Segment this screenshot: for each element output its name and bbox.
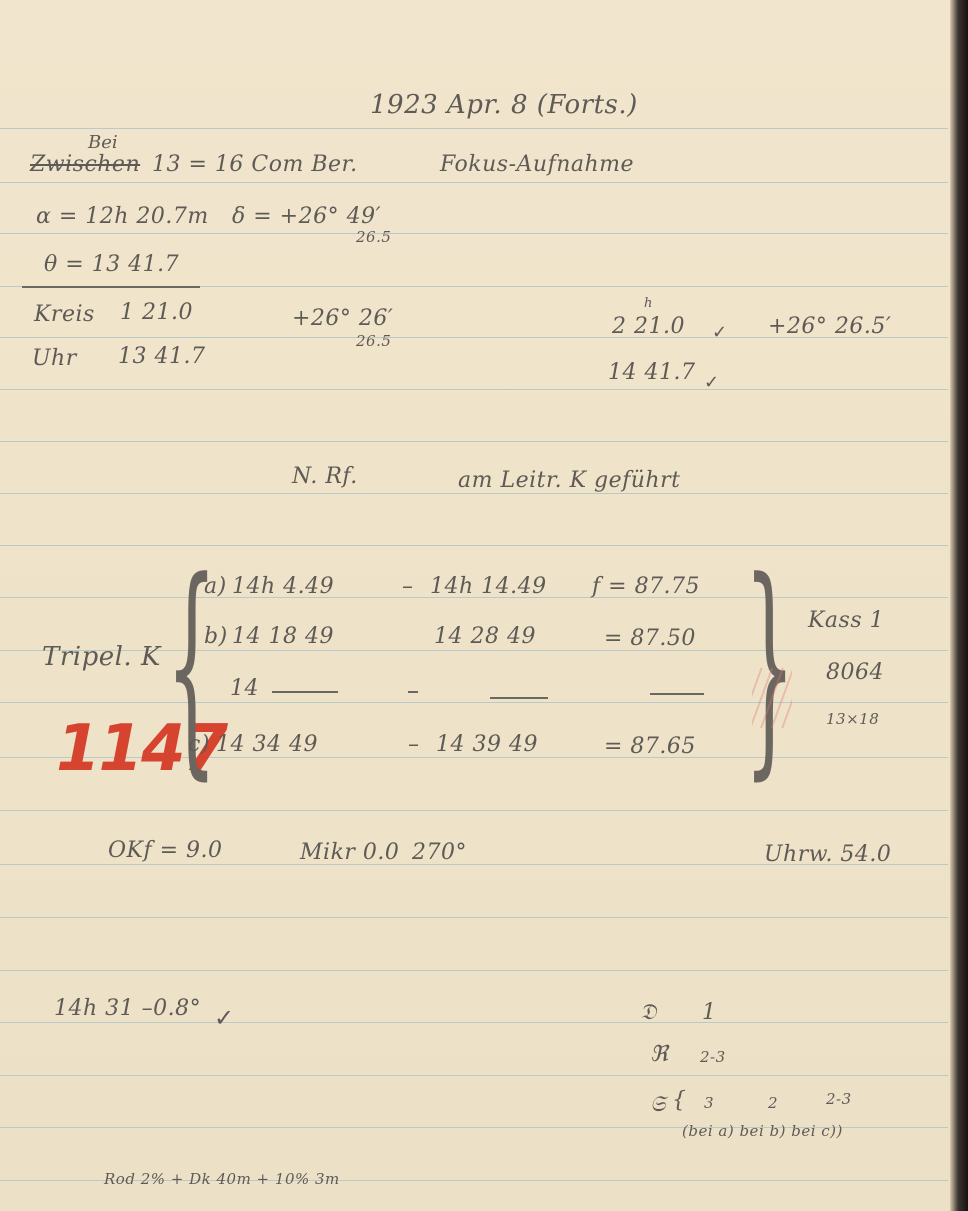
right-brace: }: [744, 552, 795, 782]
ruled-line: [0, 1075, 948, 1076]
ruled-line: [0, 389, 948, 390]
computed-hour-angle: 2 21.0: [612, 314, 685, 339]
exposure-c-id: c): [188, 732, 210, 757]
okular-focus: OKf = 9.0: [108, 838, 223, 863]
ruled-line: [0, 545, 948, 546]
alpha-value: α = 12h 20.7m: [36, 204, 209, 229]
delta-value: δ = +26° 49′: [232, 204, 381, 229]
cassette-label: Kass 1: [808, 608, 884, 633]
quality-symbol-s: 𝔖: [650, 1092, 666, 1117]
tripel-camera-label: Tripel. K: [42, 642, 161, 672]
clockwork-reading: Uhrw. 54.0: [764, 842, 891, 867]
ruled-line: [0, 970, 948, 971]
kreis-label: Kreis: [34, 302, 95, 327]
cassette-number: 8064: [826, 660, 884, 685]
exposure-b-focus: = 87.50: [604, 626, 696, 651]
quality-value: 2-3: [826, 1090, 852, 1108]
object-name: 13 = 16 Com Ber.: [152, 152, 358, 177]
ruled-line: [0, 493, 948, 494]
uhr-value: 13 41.7: [118, 344, 205, 369]
quality-symbol-r: ℜ: [650, 1042, 668, 1067]
position-angle: 270°: [412, 840, 467, 865]
exposure-c-focus: = 87.65: [604, 734, 696, 759]
exposure-c-start: 14 34 49: [216, 732, 318, 757]
kreis-declination: +26° 26′: [292, 306, 393, 331]
ruled-line: [0, 917, 948, 918]
development-note: Rod 2% + Dk 40m + 10% 3m: [104, 1170, 340, 1188]
observation-type: Fokus-Aufnahme: [440, 152, 634, 177]
divider-line: [22, 286, 200, 288]
notebook-page: 1923 Apr. 8 (Forts.) Bei Zwischen 13 = 1…: [0, 0, 950, 1211]
exposure-b-end: 14 28 49: [434, 624, 536, 649]
blank-dash: [650, 693, 704, 695]
ruled-line: [0, 1022, 948, 1023]
ruled-line: [0, 182, 948, 183]
ruled-line: [0, 233, 948, 234]
mikrometer: Mikr 0.0: [300, 840, 399, 865]
ruled-line: [0, 702, 948, 703]
ruled-line: [0, 810, 948, 811]
exposure-blank-start: 14: [230, 676, 259, 701]
quality-symbol-d: 𝔇: [640, 1000, 657, 1025]
exposure-c-end: 14 39 49: [436, 732, 538, 757]
delta-correction: 26.5: [356, 228, 391, 246]
page-title: 1923 Apr. 8 (Forts.): [370, 90, 638, 120]
computed-declination: +26° 26.5′: [768, 314, 891, 339]
blank-dash: [408, 691, 418, 693]
exposure-a-start: 14h 4.49: [232, 574, 334, 599]
guiding-label: N. Rf.: [292, 464, 358, 489]
check-mark-icon: ✓: [712, 322, 727, 343]
inserted-word: Bei: [88, 132, 118, 153]
quality-value: 2-3: [700, 1048, 726, 1066]
exposure-a-sep: –: [402, 574, 414, 599]
check-mark-icon: ✓: [704, 372, 719, 393]
uhr-label: Uhr: [32, 346, 77, 371]
hour-superscript: h: [644, 296, 652, 311]
time-correction: 14h 31 –0.8°: [54, 996, 201, 1021]
ruled-line: [0, 128, 948, 129]
red-pencil-marks: [752, 668, 792, 728]
kreis-dec-correction: 26.5: [356, 332, 391, 350]
quality-value: 1: [702, 1000, 717, 1025]
ruled-line: [0, 441, 948, 442]
guiding-note: am Leitr. K geführt: [458, 468, 680, 493]
quality-bracket-text: (bei a) bei b) bei c)): [682, 1122, 843, 1140]
exposure-a-end: 14h 14.49: [430, 574, 547, 599]
quality-value: 2: [768, 1094, 778, 1112]
exposure-c-sep: –: [408, 732, 420, 757]
plate-size: 13×18: [826, 710, 879, 728]
blank-dash: [490, 697, 548, 699]
blank-dash: [272, 691, 338, 693]
struck-word: Zwischen: [30, 152, 140, 177]
theta-value: θ = 13 41.7: [44, 252, 179, 277]
quality-value: 3: [704, 1094, 714, 1112]
notebook-spine: [950, 0, 968, 1211]
exposure-b-id: b): [204, 624, 228, 649]
exposure-a-focus: f = 87.75: [592, 574, 700, 599]
exposure-b-start: 14 18 49: [232, 624, 334, 649]
exposure-a-id: a): [204, 574, 227, 599]
check-mark-icon: ✓: [214, 1004, 234, 1032]
quality-brace: {: [672, 1088, 687, 1113]
computed-clock-time: 14 41.7: [608, 360, 695, 385]
kreis-value: 1 21.0: [120, 300, 193, 325]
